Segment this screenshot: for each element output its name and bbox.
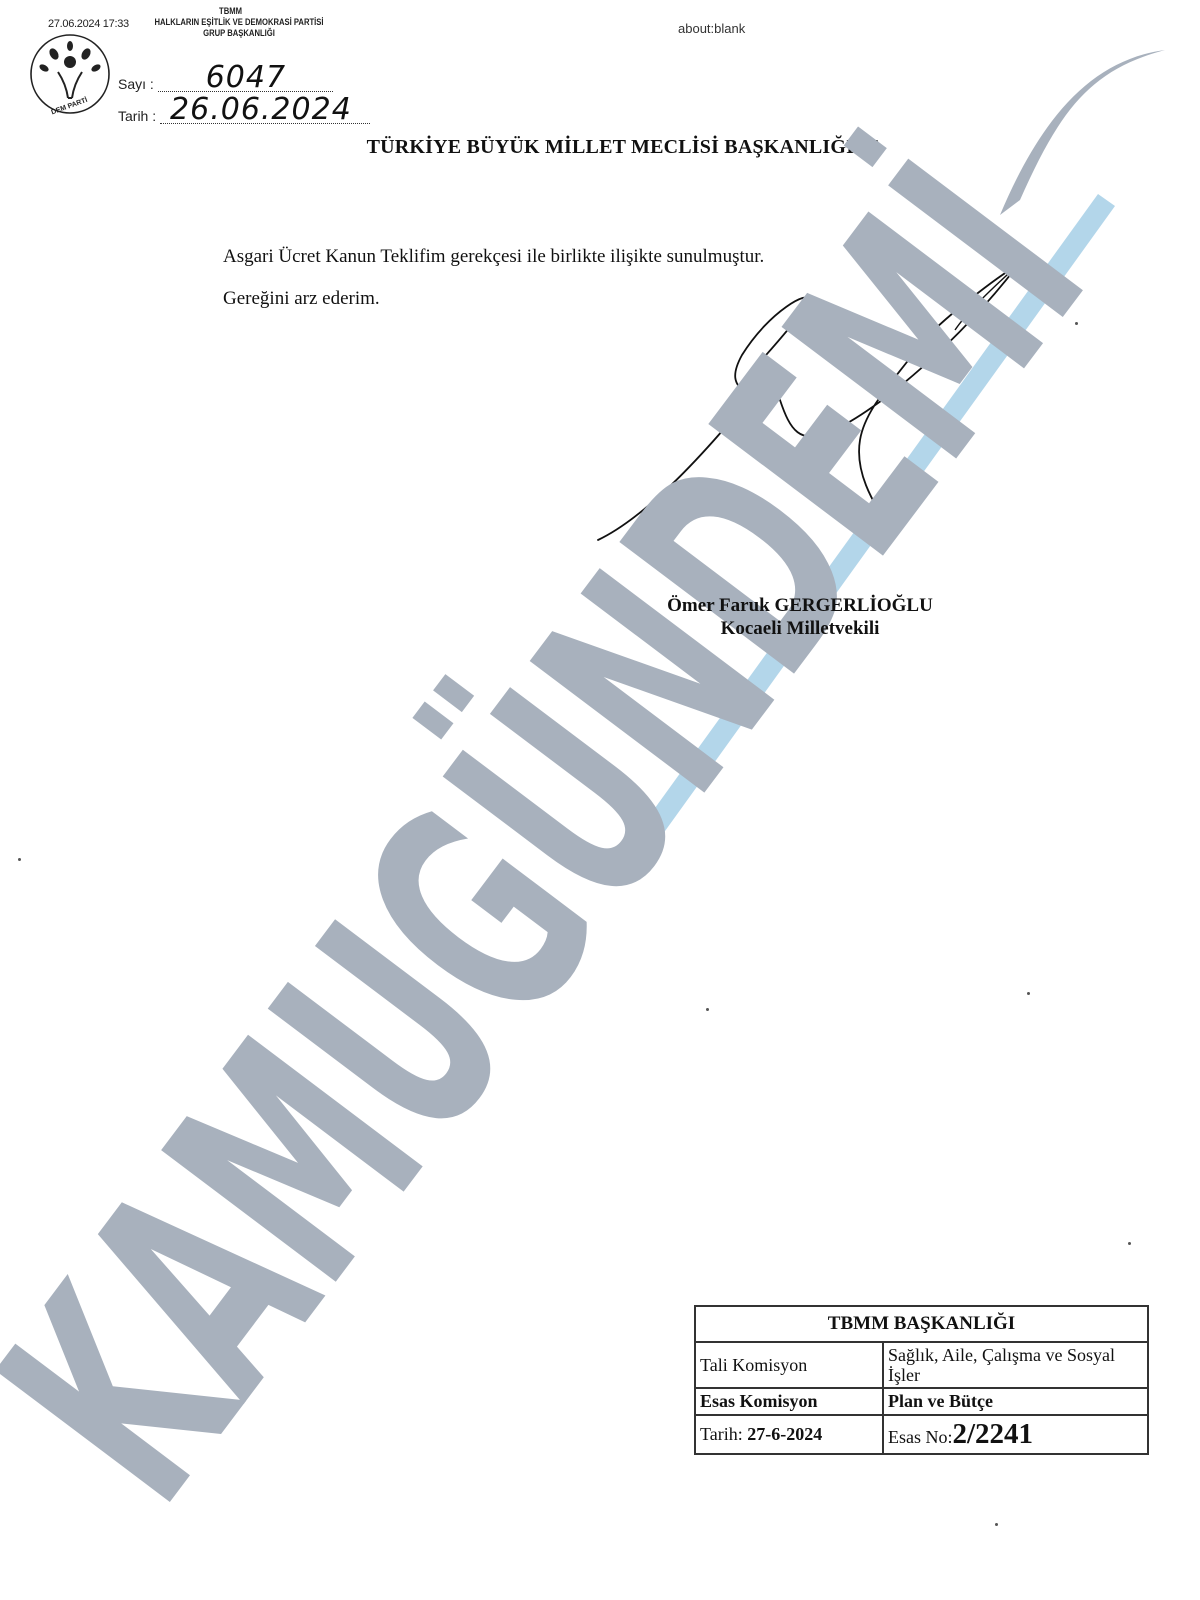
table-row: Tali Komisyon Sağlık, Aile, Çalışma ve S… <box>695 1342 1148 1388</box>
tali-komisyon-value: Sağlık, Aile, Çalışma ve Sosyal İşler <box>883 1342 1148 1388</box>
table-row: Esas Komisyon Plan ve Bütçe <box>695 1388 1148 1415</box>
esas-no: Esas No:2/2241 <box>883 1415 1148 1454</box>
signatory: Ömer Faruk GERGERLİOĞLU Kocaeli Milletve… <box>600 594 1000 640</box>
esas-no-label: Esas No: <box>888 1427 953 1447</box>
registry-title: TBMM BAŞKANLIĞI <box>695 1306 1148 1342</box>
registry-date: Tarih: 27-6-2024 <box>695 1415 883 1454</box>
registry-table: TBMM BAŞKANLIĞI Tali Komisyon Sağlık, Ai… <box>694 1305 1149 1455</box>
tali-komisyon-label: Tali Komisyon <box>695 1342 883 1388</box>
registry-date-value: 27-6-2024 <box>747 1424 822 1444</box>
signatory-name: Ömer Faruk GERGERLİOĞLU <box>600 594 1000 617</box>
esas-komisyon-value: Plan ve Bütçe <box>883 1388 1148 1415</box>
table-row: Tarih: 27-6-2024 Esas No:2/2241 <box>695 1415 1148 1454</box>
esas-komisyon-label: Esas Komisyon <box>695 1388 883 1415</box>
signatory-title: Kocaeli Milletvekili <box>600 617 1000 640</box>
registry-date-label: Tarih: <box>700 1424 743 1444</box>
esas-no-value: 2/2241 <box>953 1418 1034 1450</box>
